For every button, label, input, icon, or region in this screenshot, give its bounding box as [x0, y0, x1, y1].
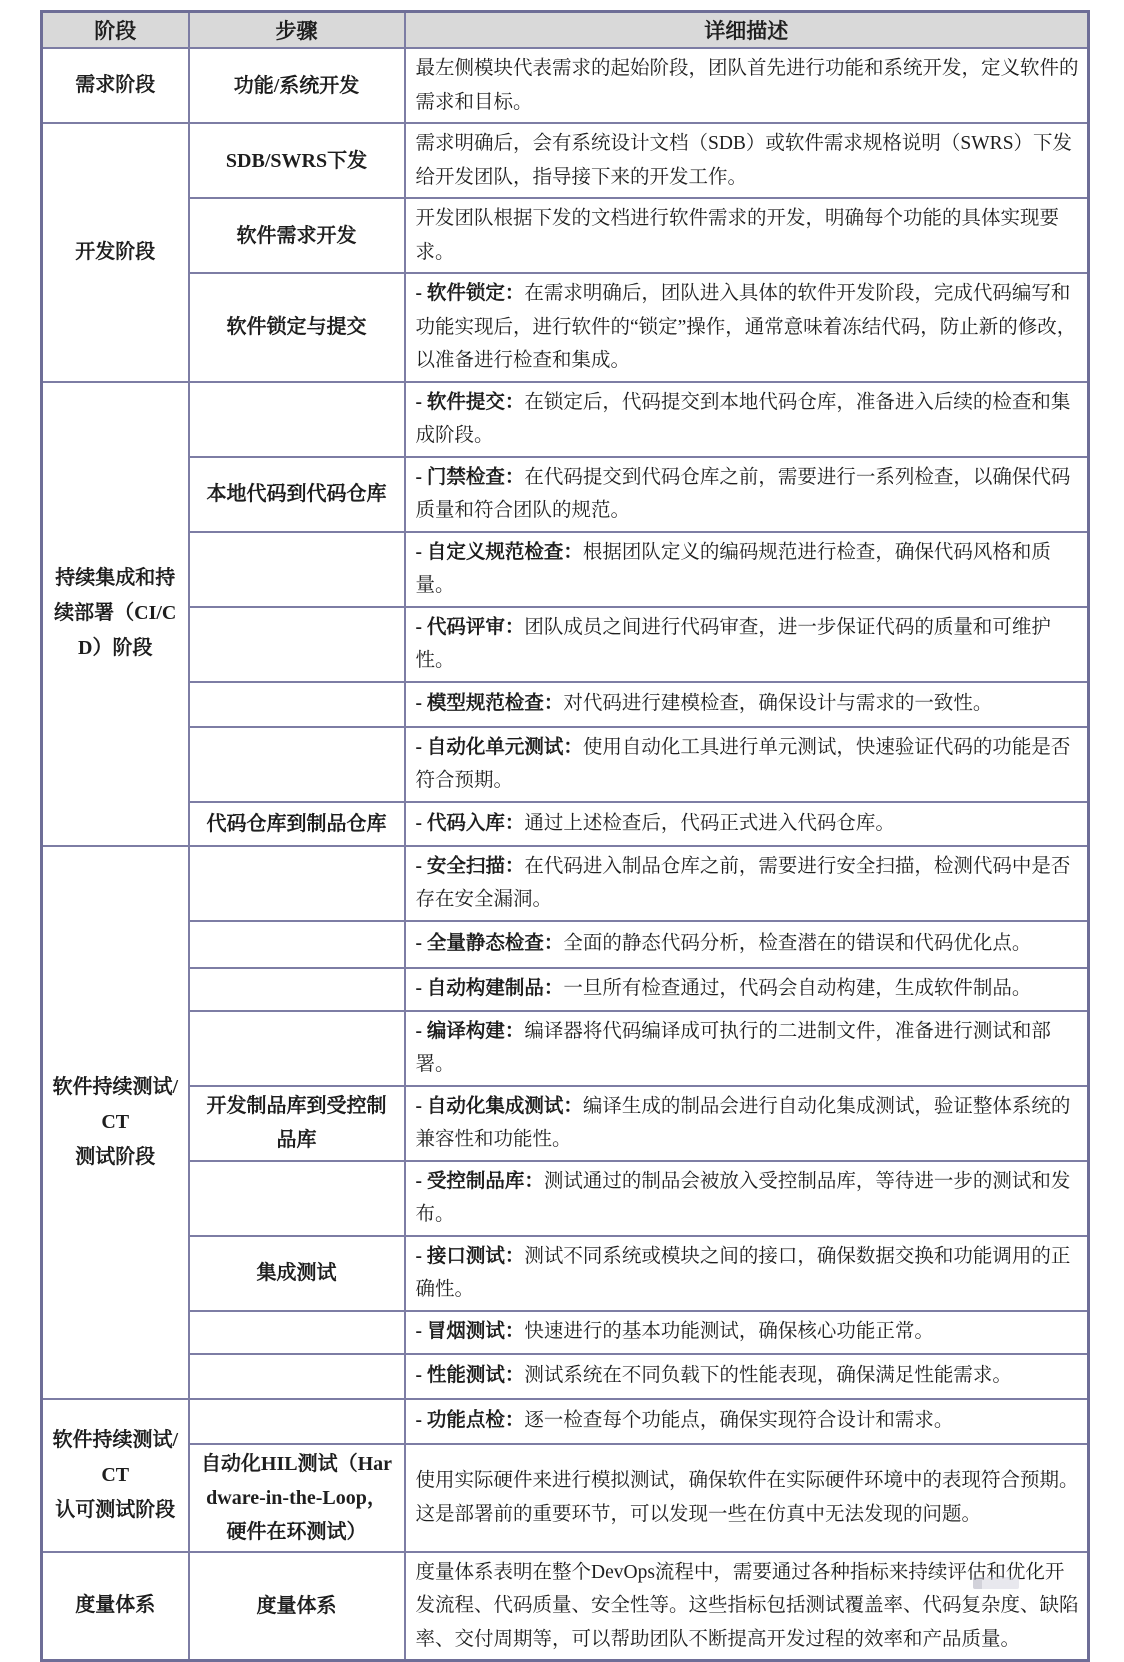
table-row: 软件持续测试/CT 测试阶段 - 安全扫描：在代码进入制品仓库之前，需要进行安全… — [42, 846, 1089, 921]
table-row: - 自动化单元测试：使用自动化工具进行单元测试，快速验证代码的功能是否符合预期。 — [42, 727, 1089, 802]
desc-cell: - 功能点检：逐一检查每个功能点，确保实现符合设计和需求。 — [405, 1399, 1089, 1444]
desc-lead: - 代码入库： — [416, 813, 525, 834]
desc-lead: - 模型规范检查： — [416, 693, 564, 714]
header-description: 详细描述 — [405, 12, 1089, 49]
desc-cell: - 代码入库：通过上述检查后，代码正式进入代码仓库。 — [405, 802, 1089, 846]
step-cell — [189, 382, 405, 457]
table-row: - 受控制品库：测试通过的制品会被放入受控制品库，等待进一步的测试和发布。 — [42, 1161, 1089, 1236]
step-cell — [189, 1161, 405, 1236]
desc-lead: - 代码评审： — [416, 617, 525, 638]
desc-text: 全面的静态代码分析，检查潜在的错误和代码优化点。 — [563, 933, 1031, 954]
table-row: 持续集成和持续部署（CI/CD）阶段 - 软件提交：在锁定后，代码提交到本地代码… — [42, 382, 1089, 457]
table-row: 集成测试 - 接口测试：测试不同系统或模块之间的接口，确保数据交换和功能调用的正… — [42, 1236, 1089, 1311]
desc-cell: - 性能测试：测试系统在不同负载下的性能表现，确保满足性能需求。 — [405, 1354, 1089, 1399]
desc-cell: - 模型规范检查：对代码进行建模检查，确保设计与需求的一致性。 — [405, 682, 1089, 727]
desc-cell: - 自动化单元测试：使用自动化工具进行单元测试，快速验证代码的功能是否符合预期。 — [405, 727, 1089, 802]
desc-text: 开发团队根据下发的文档进行软件需求的开发，明确每个功能的具体实现要求。 — [416, 208, 1060, 263]
table-row: 度量体系 度量体系 度量体系表明在整个DevOps流程中，需要通过各种指标来持续… — [42, 1552, 1089, 1661]
step-cell — [189, 1011, 405, 1086]
desc-lead: - 软件锁定： — [416, 283, 525, 304]
desc-cell: - 编译构建：编译器将代码编译成可执行的二进制文件，准备进行测试和部署。 — [405, 1011, 1089, 1086]
table-row: 软件持续测试/CT 认可测试阶段 - 功能点检：逐一检查每个功能点，确保实现符合… — [42, 1399, 1089, 1444]
desc-text: 对代码进行建模检查，确保设计与需求的一致性。 — [563, 693, 992, 714]
desc-cell: - 受控制品库：测试通过的制品会被放入受控制品库，等待进一步的测试和发布。 — [405, 1161, 1089, 1236]
desc-lead: - 自动化集成测试： — [416, 1096, 583, 1117]
step-cell — [189, 532, 405, 607]
table-row: 软件锁定与提交 - 软件锁定：在需求明确后，团队进入具体的软件开发阶段，完成代码… — [42, 273, 1089, 382]
step-cell: 代码仓库到制品仓库 — [189, 802, 405, 846]
table-row: 代码仓库到制品仓库 - 代码入库：通过上述检查后，代码正式进入代码仓库。 — [42, 802, 1089, 846]
desc-lead: - 受控制品库： — [416, 1171, 544, 1192]
step-cell: SDB/SWRS下发 — [189, 123, 405, 198]
table-row: - 全量静态检查：全面的静态代码分析，检查潜在的错误和代码优化点。 — [42, 921, 1089, 968]
step-cell — [189, 1311, 405, 1354]
header-step: 步骤 — [189, 12, 405, 49]
phase-cell-ct-acceptance: 软件持续测试/CT 认可测试阶段 — [42, 1399, 189, 1552]
devops-process-table-wrapper: 阶段 步骤 详细描述 需求阶段 功能/系统开发 最左侧模块代表需求的起始阶段，团… — [40, 10, 1090, 1662]
header-phase: 阶段 — [42, 12, 189, 49]
desc-lead: - 冒烟测试： — [416, 1321, 525, 1342]
step-cell — [189, 921, 405, 968]
desc-lead: - 性能测试： — [416, 1365, 525, 1386]
desc-cell: - 接口测试：测试不同系统或模块之间的接口，确保数据交换和功能调用的正确性。 — [405, 1236, 1089, 1311]
table-row: 自动化HIL测试（Hardware-in-the-Loop，硬件在环测试） 使用… — [42, 1444, 1089, 1552]
step-cell: 功能/系统开发 — [189, 48, 405, 123]
step-cell — [189, 1399, 405, 1444]
desc-cell: - 软件锁定：在需求明确后，团队进入具体的软件开发阶段，完成代码编写和功能实现后… — [405, 273, 1089, 382]
desc-lead: - 编译构建： — [416, 1021, 525, 1042]
step-cell — [189, 682, 405, 727]
header-row: 阶段 步骤 详细描述 — [42, 12, 1089, 49]
table-row: 开发阶段 SDB/SWRS下发 需求明确后，会有系统设计文档（SDB）或软件需求… — [42, 123, 1089, 198]
step-cell: 软件需求开发 — [189, 198, 405, 273]
desc-text: 测试系统在不同负载下的性能表现，确保满足性能需求。 — [524, 1365, 1012, 1386]
step-cell: 度量体系 — [189, 1552, 405, 1661]
desc-text: 需求明确后，会有系统设计文档（SDB）或软件需求规格说明（SWRS）下发给开发团… — [416, 133, 1073, 188]
phase-cell-cicd: 持续集成和持续部署（CI/CD）阶段 — [42, 382, 189, 846]
phase-cell-ct-test: 软件持续测试/CT 测试阶段 — [42, 846, 189, 1399]
phase-cell-metrics: 度量体系 — [42, 1552, 189, 1661]
desc-lead: - 自动化单元测试： — [416, 737, 583, 758]
desc-cell: - 冒烟测试：快速进行的基本功能测试，确保核心功能正常。 — [405, 1311, 1089, 1354]
table-row: 开发制品库到受控制品库 - 自动化集成测试：编译生成的制品会进行自动化集成测试，… — [42, 1086, 1089, 1161]
desc-cell: 最左侧模块代表需求的起始阶段，团队首先进行功能和系统开发，定义软件的需求和目标。 — [405, 48, 1089, 123]
desc-lead: - 接口测试： — [416, 1246, 525, 1267]
table-row: - 模型规范检查：对代码进行建模检查，确保设计与需求的一致性。 — [42, 682, 1089, 727]
desc-cell: 度量体系表明在整个DevOps流程中，需要通过各种指标来持续评估和优化开发流程、… — [405, 1552, 1089, 1661]
desc-text: 通过上述检查后，代码正式进入代码仓库。 — [524, 813, 895, 834]
step-cell — [189, 607, 405, 682]
desc-cell: - 全量静态检查：全面的静态代码分析，检查潜在的错误和代码优化点。 — [405, 921, 1089, 968]
table-row: 软件需求开发 开发团队根据下发的文档进行软件需求的开发，明确每个功能的具体实现要… — [42, 198, 1089, 273]
phase-cell-requirements: 需求阶段 — [42, 48, 189, 123]
table-row: - 代码评审：团队成员之间进行代码审查，进一步保证代码的质量和可维护性。 — [42, 607, 1089, 682]
step-cell: 本地代码到代码仓库 — [189, 457, 405, 532]
table-row: - 自定义规范检查：根据团队定义的编码规范进行检查，确保代码风格和质量。 — [42, 532, 1089, 607]
desc-lead: - 功能点检： — [416, 1410, 525, 1431]
table-row: 需求阶段 功能/系统开发 最左侧模块代表需求的起始阶段，团队首先进行功能和系统开… — [42, 48, 1089, 123]
desc-cell: - 自动化集成测试：编译生成的制品会进行自动化集成测试，验证整体系统的兼容性和功… — [405, 1086, 1089, 1161]
desc-text: 一旦所有检查通过，代码会自动构建，生成软件制品。 — [563, 978, 1031, 999]
desc-cell: - 自动构建制品：一旦所有检查通过，代码会自动构建，生成软件制品。 — [405, 968, 1089, 1011]
desc-lead: - 软件提交： — [416, 392, 525, 413]
step-cell: 软件锁定与提交 — [189, 273, 405, 382]
desc-cell: 开发团队根据下发的文档进行软件需求的开发，明确每个功能的具体实现要求。 — [405, 198, 1089, 273]
step-cell: 集成测试 — [189, 1236, 405, 1311]
phase-cell-development: 开发阶段 — [42, 123, 189, 382]
desc-cell: - 代码评审：团队成员之间进行代码审查，进一步保证代码的质量和可维护性。 — [405, 607, 1089, 682]
table-row: 本地代码到代码仓库 - 门禁检查：在代码提交到代码仓库之前，需要进行一系列检查，… — [42, 457, 1089, 532]
desc-cell: - 软件提交：在锁定后，代码提交到本地代码仓库，准备进入后续的检查和集成阶段。 — [405, 382, 1089, 457]
watermark-artifact — [973, 1577, 1019, 1589]
desc-lead: - 自定义规范检查： — [416, 542, 583, 563]
desc-cell: 需求明确后，会有系统设计文档（SDB）或软件需求规格说明（SWRS）下发给开发团… — [405, 123, 1089, 198]
devops-process-table: 阶段 步骤 详细描述 需求阶段 功能/系统开发 最左侧模块代表需求的起始阶段，团… — [40, 10, 1090, 1662]
step-cell — [189, 727, 405, 802]
table-row: - 冒烟测试：快速进行的基本功能测试，确保核心功能正常。 — [42, 1311, 1089, 1354]
desc-lead: - 安全扫描： — [416, 856, 525, 877]
desc-text: 使用实际硬件来进行模拟测试，确保软件在实际硬件环境中的表现符合预期。这是部署前的… — [416, 1470, 1079, 1525]
table-row: - 性能测试：测试系统在不同负载下的性能表现，确保满足性能需求。 — [42, 1354, 1089, 1399]
step-cell — [189, 1354, 405, 1399]
desc-lead: - 全量静态检查： — [416, 933, 564, 954]
desc-text: 快速进行的基本功能测试，确保核心功能正常。 — [524, 1321, 934, 1342]
desc-cell: - 自定义规范检查：根据团队定义的编码规范进行检查，确保代码风格和质量。 — [405, 532, 1089, 607]
desc-text: 最左侧模块代表需求的起始阶段，团队首先进行功能和系统开发，定义软件的需求和目标。 — [416, 58, 1079, 113]
desc-cell: - 安全扫描：在代码进入制品仓库之前，需要进行安全扫描，检测代码中是否存在安全漏… — [405, 846, 1089, 921]
desc-lead: - 自动构建制品： — [416, 978, 564, 999]
step-cell — [189, 968, 405, 1011]
desc-text: 逐一检查每个功能点，确保实现符合设计和需求。 — [524, 1410, 953, 1431]
desc-cell: 使用实际硬件来进行模拟测试，确保软件在实际硬件环境中的表现符合预期。这是部署前的… — [405, 1444, 1089, 1552]
desc-cell: - 门禁检查：在代码提交到代码仓库之前，需要进行一系列检查，以确保代码质量和符合… — [405, 457, 1089, 532]
step-cell — [189, 846, 405, 921]
table-row: - 编译构建：编译器将代码编译成可执行的二进制文件，准备进行测试和部署。 — [42, 1011, 1089, 1086]
desc-lead: - 门禁检查： — [416, 467, 525, 488]
step-cell: 开发制品库到受控制品库 — [189, 1086, 405, 1161]
desc-text: 度量体系表明在整个DevOps流程中，需要通过各种指标来持续评估和优化开发流程、… — [416, 1562, 1079, 1650]
table-row: - 自动构建制品：一旦所有检查通过，代码会自动构建，生成软件制品。 — [42, 968, 1089, 1011]
step-cell: 自动化HIL测试（Hardware-in-the-Loop，硬件在环测试） — [189, 1444, 405, 1552]
